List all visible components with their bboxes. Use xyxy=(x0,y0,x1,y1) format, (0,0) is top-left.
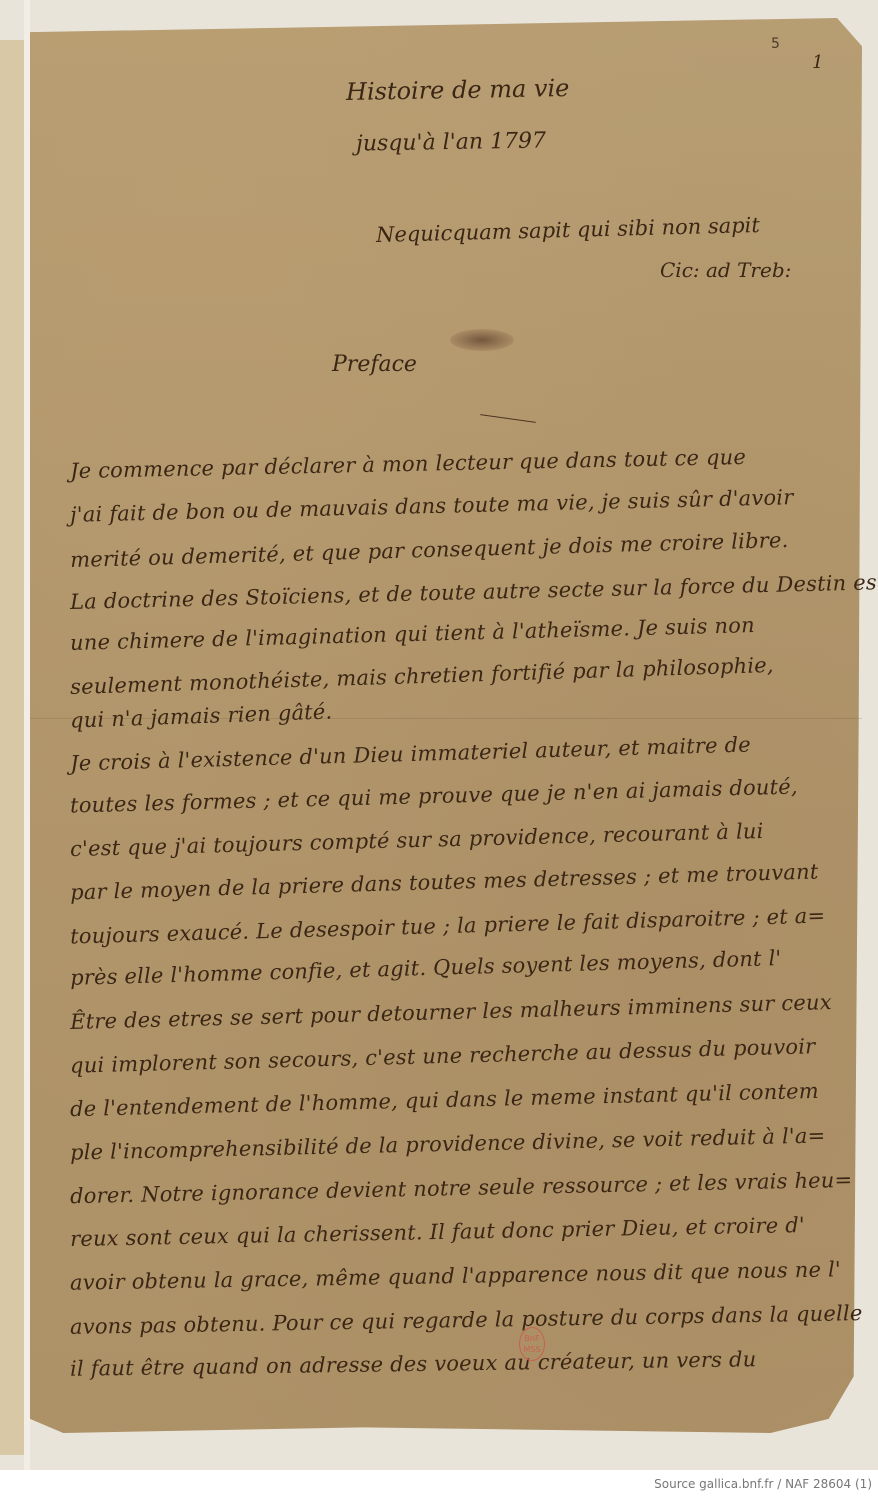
page-gutter xyxy=(24,0,30,1470)
bnf-mss-stamp: BnF MSS xyxy=(519,1327,545,1361)
title-line-1: Histoire de ma vie xyxy=(346,74,570,106)
stamp-line-1: BnF xyxy=(520,1333,544,1344)
adjacent-page-edge xyxy=(0,40,25,1455)
stamp-line-2: MSS xyxy=(520,1344,544,1355)
title-line-2: jusqu'à l'an 1797 xyxy=(356,128,546,156)
folio-number: 5 xyxy=(771,36,780,52)
folio-mark: 1 xyxy=(812,52,823,73)
epigraph-source: Cic: ad Treb: xyxy=(660,258,791,282)
source-credit: Source gallica.bnf.fr / NAF 28604 (1) xyxy=(654,1477,872,1491)
ink-stain xyxy=(450,329,514,351)
section-heading: Preface xyxy=(332,352,417,377)
